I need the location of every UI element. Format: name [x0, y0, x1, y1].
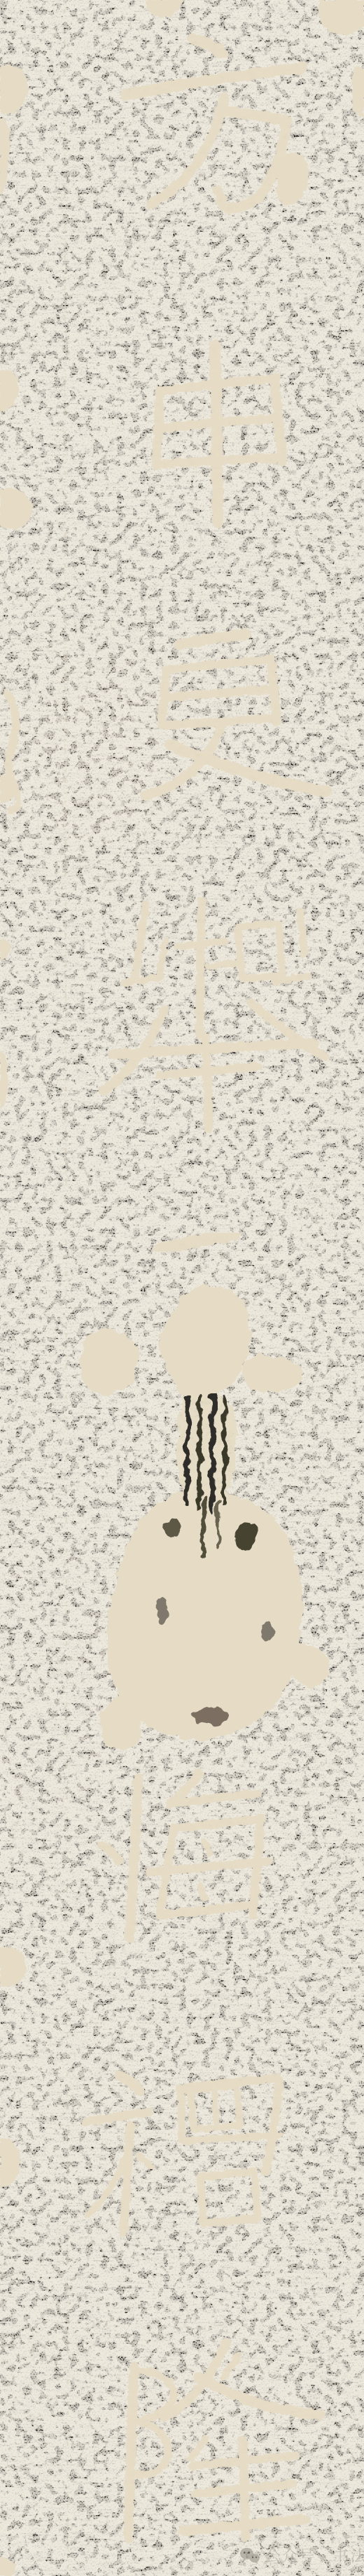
erosion-streak [203, 1499, 204, 1555]
ju-center-vertical [199, 901, 202, 1035]
rubbing-artwork [0, 0, 364, 2576]
rubbing-page: 方 申 更 舉 悔 禍 隆 公众号 · 书法课程 [0, 0, 364, 2576]
erosion-streak [186, 1398, 188, 1505]
hui-inner-dot-2 [200, 1887, 205, 1899]
erosion-dark-patch [236, 1521, 257, 1552]
wechat-eye [244, 2552, 246, 2554]
erosion-streak [218, 1502, 218, 1548]
huo-frame-left [181, 2090, 182, 2140]
long-mound-vertical [128, 2367, 134, 2538]
wechat-icon [239, 2547, 260, 2565]
erosion-dark-patch [192, 1708, 228, 1724]
erosion-dark-patch [156, 1598, 167, 1624]
wechat-eye [248, 2552, 250, 2554]
wechat-bubble-small [249, 2554, 259, 2562]
erosion-streak [199, 1395, 200, 1508]
wechat-bubble-large-tail [243, 2559, 246, 2561]
huo-inner-tick [214, 2088, 216, 2126]
hui-inner-dot-1 [205, 1842, 210, 1854]
erosion-streak [212, 1396, 213, 1509]
ju-right-outer-stroke [300, 912, 304, 954]
shen-center-vertical [215, 345, 218, 523]
watermark-text: 公众号 · 书法课程 [265, 2545, 364, 2566]
erosion-dark-patch [260, 1622, 274, 1642]
erosion-dark-patch [165, 1516, 181, 1538]
ju-center-tick [209, 962, 242, 966]
erosion-streak [224, 1399, 225, 1503]
wechat-eye [252, 2556, 253, 2558]
watermark: 公众号 · 书法课程 [239, 2545, 364, 2566]
ju-hand-vertical [206, 1038, 209, 1129]
wechat-eye [255, 2556, 257, 2558]
